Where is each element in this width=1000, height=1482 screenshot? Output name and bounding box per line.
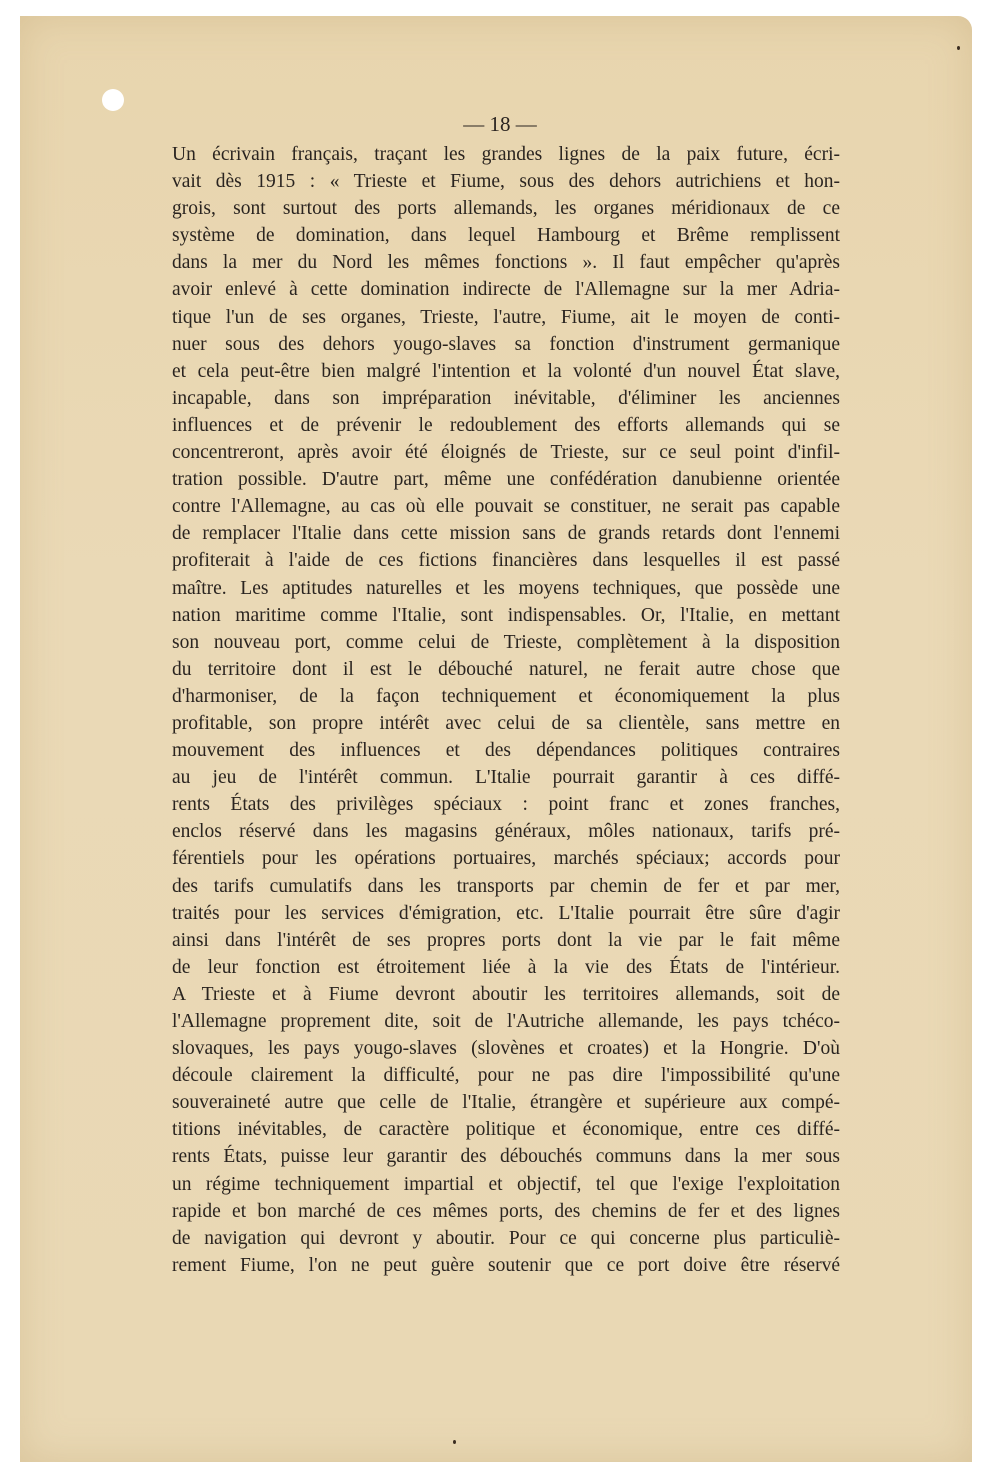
ink-speck [957, 46, 960, 50]
text-line: avoir enlevé à cette domination indirect… [172, 276, 840, 303]
text-line: profiterait à l'aide de ces fictions fin… [172, 547, 840, 574]
text-line: rents États des privilèges spéciaux : po… [172, 791, 840, 818]
ink-speck [453, 1440, 456, 1444]
text-line: nation maritime comme l'Italie, sont ind… [172, 602, 840, 629]
text-line: tration possible. D'autre part, même une… [172, 466, 840, 493]
punch-hole [102, 89, 124, 111]
text-line: un régime techniquement impartial et obj… [172, 1171, 840, 1198]
text-line: A Trieste et à Fiume devront aboutir les… [172, 981, 840, 1008]
text-line: de navigation qui devront y aboutir. Pou… [172, 1225, 840, 1252]
text-line: traités pour les services d'émigration, … [172, 900, 840, 927]
text-line: de remplacer l'Italie dans cette mission… [172, 520, 840, 547]
text-line: son nouveau port, comme celui de Trieste… [172, 629, 840, 656]
text-line: système de domination, dans lequel Hambo… [172, 222, 840, 249]
text-line: profitable, son propre intérêt avec celu… [172, 710, 840, 737]
text-line: maître. Les aptitudes naturelles et les … [172, 575, 840, 602]
text-line: enclos réservé dans les magasins générau… [172, 818, 840, 845]
text-line: mouvement des influences et des dépendan… [172, 737, 840, 764]
text-line: concentreront, après avoir été éloignés … [172, 439, 840, 466]
text-line: férentiels pour les opérations portuaire… [172, 845, 840, 872]
text-line: nuer sous des dehors yougo-slaves sa fon… [172, 331, 840, 358]
text-line: ainsi dans l'intérêt de ses propres port… [172, 927, 840, 954]
text-line: titions inévitables, de caractère politi… [172, 1116, 840, 1143]
text-line: l'Allemagne proprement dite, soit de l'A… [172, 1008, 840, 1035]
text-line: incapable, dans son impréparation inévit… [172, 385, 840, 412]
text-line: Un écrivain français, traçant les grande… [172, 141, 840, 168]
text-line: découle clairement la difficulté, pour n… [172, 1062, 840, 1089]
text-line: de leur fonction est étroitement liée à … [172, 954, 840, 981]
text-line: contre l'Allemagne, au cas où elle pouva… [172, 493, 840, 520]
text-line: grois, sont surtout des ports allemands,… [172, 195, 840, 222]
text-line: slovaques, les pays yougo-slaves (slovèn… [172, 1035, 840, 1062]
text-line: tique l'un de ses organes, Trieste, l'au… [172, 304, 840, 331]
text-line: d'harmoniser, de la façon techniquement … [172, 683, 840, 710]
text-line: vait dès 1915 : « Trieste et Fiume, sous… [172, 168, 840, 195]
text-line: souveraineté autre que celle de l'Italie… [172, 1089, 840, 1116]
text-line: du territoire dont il est le débouché na… [172, 656, 840, 683]
text-line: des tarifs cumulatifs dans les transport… [172, 873, 840, 900]
text-line: et cela peut-être bien malgré l'intentio… [172, 358, 840, 385]
text-line: influences et de prévenir le redoublemen… [172, 412, 840, 439]
text-line: rement Fiume, l'on ne peut guère souteni… [172, 1252, 840, 1279]
text-line: rents États, puisse leur garantir des dé… [172, 1143, 840, 1170]
text-line: dans la mer du Nord les mêmes fonctions … [172, 249, 840, 276]
body-text: Un écrivain français, traçant les grande… [172, 141, 840, 1279]
page-number: — 18 — [0, 112, 1000, 137]
text-line: rapide et bon marché de ces mêmes ports,… [172, 1198, 840, 1225]
text-line: au jeu de l'intérêt commun. L'Italie pou… [172, 764, 840, 791]
